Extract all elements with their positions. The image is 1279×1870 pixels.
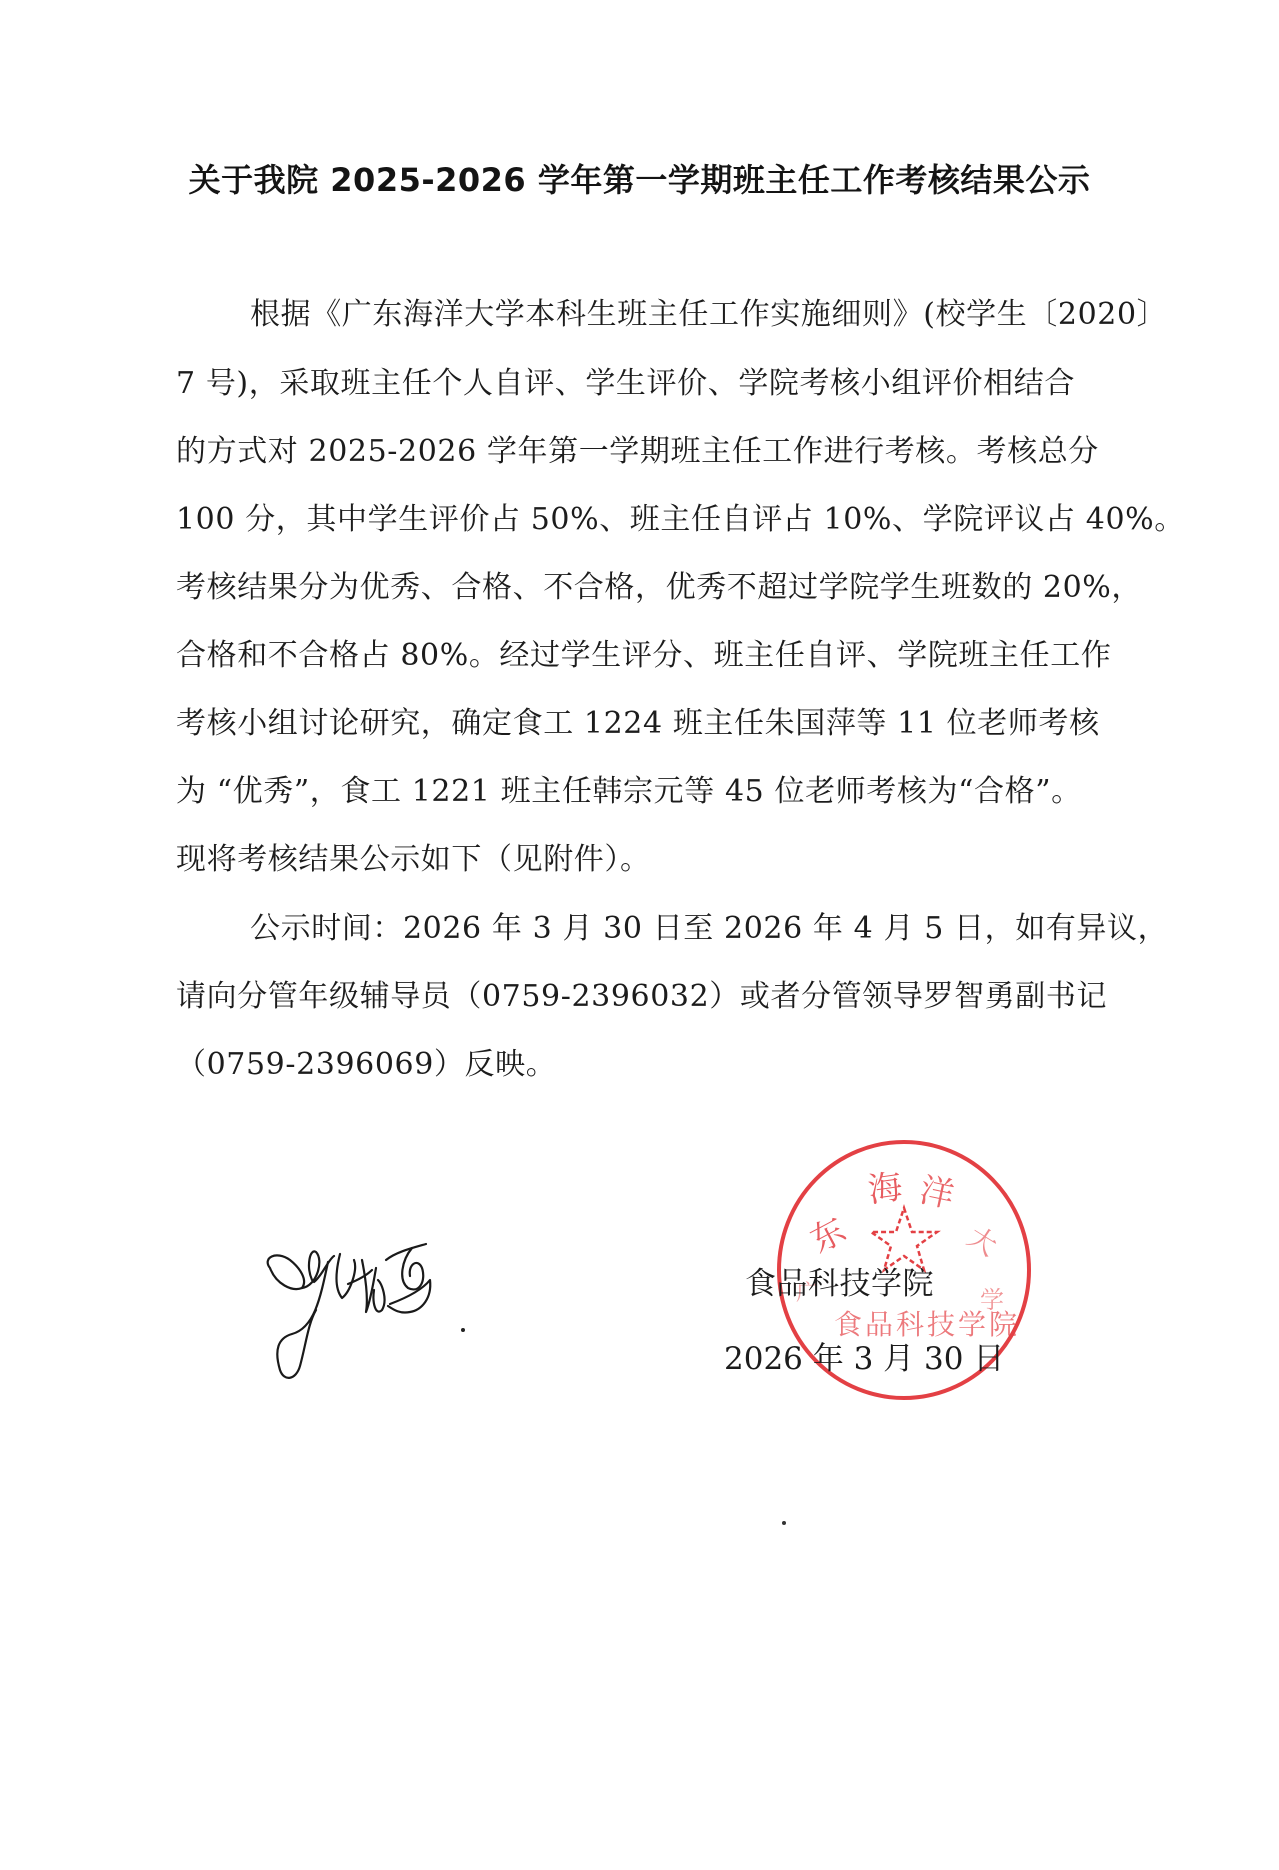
- issue-date: 2026 年 3 月 30 日: [724, 1337, 1004, 1381]
- paragraph-line: 现将考核结果公示如下（见附件）。: [176, 838, 651, 882]
- paragraph-line: 7 号)，采取班主任个人自评、学生评价、学院考核小组评价相结合: [176, 362, 1075, 406]
- scan-speck: [782, 1521, 786, 1525]
- issuer-org-name: 食品科技学院: [745, 1262, 934, 1306]
- paragraph-line: 合格和不合格占 80%。经过学生评分、班主任自评、学院班主任工作: [176, 634, 1111, 678]
- paragraph-line: 请向分管年级辅导员（0759-2396032）或者分管领导罗智勇副书记: [176, 975, 1107, 1019]
- paragraph-line: （0759-2396069）反映。: [176, 1043, 556, 1087]
- document-title: 关于我院 2025-2026 学年第一学期班主任工作考核结果公示: [0, 156, 1279, 204]
- signature-dot: [461, 1328, 465, 1332]
- svg-text:大: 大: [962, 1220, 1003, 1263]
- paragraph-line: 根据《广东海洋大学本科生班主任工作实施细则》(校学生〔2020〕: [250, 293, 1167, 337]
- paragraph-line: 为 “优秀”，食工 1221 班主任韩宗元等 45 位老师考核为“合格”。: [176, 770, 1082, 814]
- paragraph-line: 考核小组讨论研究，确定食工 1224 班主任朱国萍等 11 位老师考核: [176, 702, 1100, 746]
- paragraph-line: 的方式对 2025-2026 学年第一学期班主任工作进行考核。考核总分: [176, 430, 1099, 474]
- svg-text:洋: 洋: [916, 1170, 958, 1216]
- paragraph-line: 100 分，其中学生评价占 50%、班主任自评占 10%、学院评议占 40%。: [176, 498, 1185, 542]
- paragraph-line: 公示时间：2026 年 3 月 30 日至 2026 年 4 月 5 日，如有异…: [250, 907, 1168, 951]
- svg-text:东: 东: [804, 1210, 853, 1261]
- document-page: 关于我院 2025-2026 学年第一学期班主任工作考核结果公示 根据《广东海洋…: [0, 0, 1279, 1870]
- svg-text:海: 海: [866, 1167, 905, 1211]
- paragraph-line: 考核结果分为优秀、合格、不合格，优秀不超过学院学生班数的 20%，: [176, 566, 1142, 610]
- handwritten-signature: [262, 1240, 452, 1385]
